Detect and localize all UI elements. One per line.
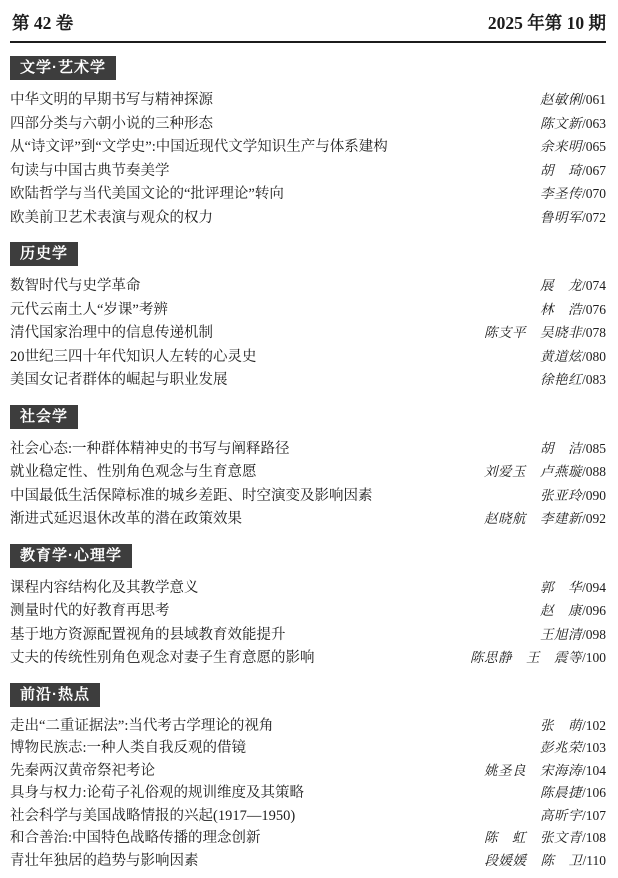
article-title: 社会科学与美国战略情报的兴起(1917—1950) (10, 805, 295, 828)
article-byline: 鲁明军/072 (532, 206, 606, 230)
article-authors: 段媛媛 陈 卫 (484, 853, 582, 868)
article-page-number: 096 (586, 603, 606, 618)
toc-article-row: 数智时代与史学革命 展 龙/074 (10, 274, 606, 298)
article-title: 青壮年独居的趋势与影响因素 (10, 850, 199, 873)
article-title: 具身与权力:论荀子礼俗观的规训维度及其策略 (10, 782, 304, 805)
toc-article-row: 课程内容结构化及其教学意义 郭 华/094 (10, 576, 606, 600)
article-page-number: 063 (586, 116, 606, 131)
article-authors: 王旭清 (540, 627, 582, 642)
article-authors: 鲁明军 (540, 210, 582, 225)
article-title: 中华文明的早期书写与精神探源 (10, 89, 213, 113)
article-authors: 姚圣良 宋海涛 (484, 763, 582, 778)
toc-section: 文学·艺术学 中华文明的早期书写与精神探源 赵敏俐/061 四部分类与六朝小说的… (10, 43, 606, 229)
article-byline: 王旭清/098 (532, 623, 606, 647)
article-authors: 陈思静 王 震等 (470, 650, 582, 665)
article-byline: 赵敏俐/061 (532, 88, 606, 112)
article-byline: 余来明/065 (532, 135, 606, 159)
toc-article-row: 美国女记者群体的崛起与职业发展 徐艳红/083 (10, 368, 606, 392)
article-page-number: 074 (586, 278, 606, 293)
section-label: 文学·艺术学 (10, 56, 116, 80)
article-authors: 赵晓航 李建新 (484, 511, 582, 526)
article-page-number: 080 (586, 349, 606, 364)
article-title: 渐进式延迟退休改革的潜在政策效果 (10, 508, 242, 532)
article-page-number: 065 (586, 139, 606, 154)
toc-article-row: 丈夫的传统性别角色观念对妻子生育意愿的影响 陈思静 王 震等/100 (10, 646, 606, 670)
article-title: 美国女记者群体的崛起与职业发展 (10, 369, 228, 393)
article-authors: 陈支平 吴晓非 (484, 325, 582, 340)
article-page-number: 092 (586, 511, 606, 526)
article-byline: 张 萌/102 (532, 715, 606, 738)
toc-sections: 文学·艺术学 中华文明的早期书写与精神探源 赵敏俐/061 四部分类与六朝小说的… (10, 43, 606, 872)
toc-article-row: 社会科学与美国战略情报的兴起(1917—1950) 高昕宇/107 (10, 805, 606, 828)
article-authors: 余来明 (540, 139, 582, 154)
toc-article-row: 20世纪三四十年代知识人左转的心灵史 黄道炫/080 (10, 345, 606, 369)
article-byline: 陈 虹 张文青/108 (476, 827, 606, 850)
article-authors: 赵敏俐 (540, 92, 582, 107)
article-authors: 郭 华 (540, 580, 582, 595)
article-title: 博物民族志:一种人类自我反观的借镜 (10, 737, 246, 760)
article-authors: 展 龙 (540, 278, 582, 293)
article-title: 课程内容结构化及其教学意义 (10, 577, 199, 601)
article-byline: 赵晓航 李建新/092 (476, 507, 606, 531)
article-byline: 姚圣良 宋海涛/104 (476, 760, 606, 783)
toc-article-row: 就业稳定性、性别角色观念与生育意愿 刘爱玉 卢燕璇/088 (10, 460, 606, 484)
article-page-number: 110 (586, 853, 606, 868)
article-title: 元代云南土人“岁课”考辨 (10, 299, 168, 323)
article-title: 数智时代与史学革命 (10, 275, 141, 299)
article-page-number: 070 (586, 186, 606, 201)
article-title: 欧美前卫艺术表演与观众的权力 (10, 207, 213, 231)
article-byline: 段媛媛 陈 卫/110 (476, 850, 606, 873)
article-byline: 彭兆荣/103 (532, 737, 606, 760)
article-title: 走出“二重证据法”:当代考古学理论的视角 (10, 715, 273, 738)
article-title: 句读与中国古典节奏美学 (10, 160, 170, 184)
article-page-number: 072 (586, 210, 606, 225)
article-byline: 林 浩/076 (532, 298, 606, 322)
article-page-number: 108 (586, 830, 606, 845)
article-authors: 刘爱玉 卢燕璇 (484, 464, 582, 479)
article-title: 就业稳定性、性别角色观念与生育意愿 (10, 461, 257, 485)
article-authors: 陈 虹 张文青 (484, 830, 582, 845)
toc-article-row: 欧陆哲学与当代美国文论的“批评理论”转向 李圣传/070 (10, 182, 606, 206)
article-authors: 陈晨捷 (540, 785, 582, 800)
toc-article-row: 元代云南土人“岁课”考辨 林 浩/076 (10, 298, 606, 322)
article-authors: 黄道炫 (540, 349, 582, 364)
toc-article-row: 社会心态:一种群体精神史的书写与阐释路径 胡 洁/085 (10, 437, 606, 461)
article-byline: 高昕宇/107 (532, 805, 606, 828)
section-label: 教育学·心理学 (10, 544, 132, 568)
article-title: 先秦两汉黄帝祭祀考论 (10, 760, 155, 783)
toc-article-row: 先秦两汉黄帝祭祀考论 姚圣良 宋海涛/104 (10, 760, 606, 783)
article-authors: 高昕宇 (540, 808, 582, 823)
article-title: 中国最低生活保障标准的城乡差距、时空演变及影响因素 (10, 485, 373, 509)
article-title: 社会心态:一种群体精神史的书写与阐释路径 (10, 438, 290, 462)
article-authors: 林 浩 (540, 302, 582, 317)
article-page-number: 085 (586, 441, 606, 456)
article-byline: 郭 华/094 (532, 576, 606, 600)
article-title: 从“诗文评”到“文学史”:中国近现代文学知识生产与体系建构 (10, 136, 388, 160)
section-article-list: 课程内容结构化及其教学意义 郭 华/094 测量时代的好教育再思考 赵 康/09… (10, 576, 606, 670)
article-byline: 陈晨捷/106 (532, 782, 606, 805)
article-title: 丈夫的传统性别角色观念对妻子生育意愿的影响 (10, 647, 315, 671)
section-label: 前沿·热点 (10, 683, 100, 707)
article-page-number: 076 (586, 302, 606, 317)
toc-article-row: 从“诗文评”到“文学史”:中国近现代文学知识生产与体系建构 余来明/065 (10, 135, 606, 159)
article-page-number: 067 (586, 163, 606, 178)
article-page-number: 094 (586, 580, 606, 595)
article-byline: 张亚玲/090 (532, 484, 606, 508)
article-title: 20世纪三四十年代知识人左转的心灵史 (10, 346, 257, 370)
article-page-number: 078 (586, 325, 606, 340)
article-byline: 陈文新/063 (532, 112, 606, 136)
article-byline: 李圣传/070 (532, 182, 606, 206)
section-article-list: 中华文明的早期书写与精神探源 赵敏俐/061 四部分类与六朝小说的三种形态 陈文… (10, 88, 606, 229)
toc-article-row: 基于地方资源配置视角的县域教育效能提升 王旭清/098 (10, 623, 606, 647)
toc-article-row: 中国最低生活保障标准的城乡差距、时空演变及影响因素 张亚玲/090 (10, 484, 606, 508)
article-page-number: 083 (586, 372, 606, 387)
toc-article-row: 青壮年独居的趋势与影响因素 段媛媛 陈 卫/110 (10, 850, 606, 873)
article-byline: 胡 洁/085 (532, 437, 606, 461)
toc-article-row: 四部分类与六朝小说的三种形态 陈文新/063 (10, 112, 606, 136)
article-title: 基于地方资源配置视角的县域教育效能提升 (10, 624, 286, 648)
article-title: 清代国家治理中的信息传递机制 (10, 322, 213, 346)
article-page-number: 090 (586, 488, 606, 503)
volume-label: 第 42 卷 (12, 11, 73, 35)
article-byline: 黄道炫/080 (532, 345, 606, 369)
article-byline: 刘爱玉 卢燕璇/088 (476, 460, 606, 484)
section-label: 历史学 (10, 242, 78, 266)
article-authors: 张亚玲 (540, 488, 582, 503)
article-byline: 徐艳红/083 (532, 368, 606, 392)
toc-section: 前沿·热点 走出“二重证据法”:当代考古学理论的视角 张 萌/102 博物民族志… (10, 670, 606, 873)
article-authors: 赵 康 (540, 603, 582, 618)
issue-label: 2025 年第 10 期 (488, 11, 606, 35)
article-title: 测量时代的好教育再思考 (10, 600, 170, 624)
article-byline: 展 龙/074 (532, 274, 606, 298)
article-title: 欧陆哲学与当代美国文论的“批评理论”转向 (10, 183, 284, 207)
toc-article-row: 和合善治:中国特色战略传播的理念创新 陈 虹 张文青/108 (10, 827, 606, 850)
article-byline: 赵 康/096 (532, 599, 606, 623)
article-page-number: 061 (586, 92, 606, 107)
article-byline: 胡 琦/067 (532, 159, 606, 183)
journal-toc-page: 第 42 卷 2025 年第 10 期 文学·艺术学 中华文明的早期书写与精神探… (0, 0, 618, 878)
masthead: 第 42 卷 2025 年第 10 期 (10, 11, 606, 35)
article-byline: 陈支平 吴晓非/078 (476, 321, 606, 345)
toc-article-row: 清代国家治理中的信息传递机制 陈支平 吴晓非/078 (10, 321, 606, 345)
article-authors: 李圣传 (540, 186, 582, 201)
toc-article-row: 欧美前卫艺术表演与观众的权力 鲁明军/072 (10, 206, 606, 230)
section-label: 社会学 (10, 405, 78, 429)
toc-article-row: 博物民族志:一种人类自我反观的借镜 彭兆荣/103 (10, 737, 606, 760)
article-title: 四部分类与六朝小说的三种形态 (10, 113, 213, 137)
toc-section: 社会学 社会心态:一种群体精神史的书写与阐释路径 胡 洁/085 就业稳定性、性… (10, 392, 606, 531)
toc-section: 历史学 数智时代与史学革命 展 龙/074 元代云南土人“岁课”考辨 林 浩/0… (10, 229, 606, 392)
article-authors: 彭兆荣 (540, 740, 582, 755)
article-page-number: 098 (586, 627, 606, 642)
article-page-number: 103 (586, 740, 606, 755)
article-authors: 胡 琦 (540, 163, 582, 178)
article-authors: 陈文新 (540, 116, 582, 131)
article-byline: 陈思静 王 震等/100 (462, 646, 606, 670)
section-article-list: 社会心态:一种群体精神史的书写与阐释路径 胡 洁/085 就业稳定性、性别角色观… (10, 437, 606, 531)
article-page-number: 088 (586, 464, 606, 479)
toc-article-row: 句读与中国古典节奏美学 胡 琦/067 (10, 159, 606, 183)
article-page-number: 102 (586, 718, 606, 733)
article-title: 和合善治:中国特色战略传播的理念创新 (10, 827, 261, 850)
article-authors: 徐艳红 (540, 372, 582, 387)
article-authors: 胡 洁 (540, 441, 582, 456)
article-page-number: 106 (586, 785, 606, 800)
article-page-number: 100 (586, 650, 606, 665)
article-page-number: 107 (586, 808, 606, 823)
toc-article-row: 走出“二重证据法”:当代考古学理论的视角 张 萌/102 (10, 715, 606, 738)
toc-article-row: 中华文明的早期书写与精神探源 赵敏俐/061 (10, 88, 606, 112)
article-authors: 张 萌 (540, 718, 582, 733)
toc-article-row: 渐进式延迟退休改革的潜在政策效果 赵晓航 李建新/092 (10, 507, 606, 531)
section-article-list: 走出“二重证据法”:当代考古学理论的视角 张 萌/102 博物民族志:一种人类自… (10, 715, 606, 873)
toc-section: 教育学·心理学 课程内容结构化及其教学意义 郭 华/094 测量时代的好教育再思… (10, 531, 606, 670)
article-page-number: 104 (586, 763, 606, 778)
section-article-list: 数智时代与史学革命 展 龙/074 元代云南土人“岁课”考辨 林 浩/076 清… (10, 274, 606, 392)
toc-article-row: 具身与权力:论荀子礼俗观的规训维度及其策略 陈晨捷/106 (10, 782, 606, 805)
toc-article-row: 测量时代的好教育再思考 赵 康/096 (10, 599, 606, 623)
